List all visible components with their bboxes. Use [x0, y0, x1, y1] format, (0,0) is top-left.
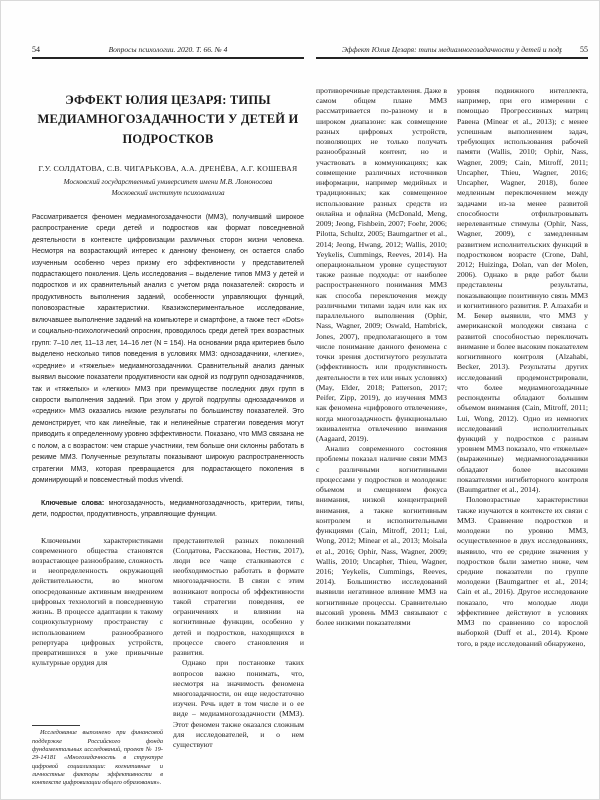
abstract-text: Рассматривается феномен медиамногозадачн… [32, 212, 304, 487]
left-page-column-1: Ключевыми характеристиками современного … [32, 536, 163, 788]
footnote-block: Исследование выполнено при финансовой по… [32, 719, 163, 787]
page-right: Эффект Юлия Цезаря: типы медиамногозадач… [316, 1, 588, 793]
running-header-left: 54 Вопросы психологии. 2020. Т. 66. № 4 [32, 45, 304, 59]
body-paragraph: противоречивые представления. Даже в сам… [316, 86, 447, 444]
page-left: 54 Вопросы психологии. 2020. Т. 66. № 4 … [32, 1, 304, 793]
body-paragraph: Половозрастные характеристики также изуч… [457, 495, 588, 649]
journal-spread: 54 Вопросы психологии. 2020. Т. 66. № 4 … [0, 0, 600, 800]
body-paragraph: уровня подвижного интеллекта, например, … [457, 86, 588, 495]
running-header-right: Эффект Юлия Цезаря: типы медиамногозадач… [316, 45, 588, 59]
body-paragraph: Анализ современного состояния проблемы п… [316, 444, 447, 628]
footnote-rule [32, 725, 80, 726]
article-title-line2: МЕДИАМНОГОЗАДАЧНОСТИ У ДЕТЕЙ И ПОДРОСТКО… [32, 110, 304, 149]
right-page-column-1: противоречивые представления. Даже в сам… [316, 86, 447, 778]
affiliation-1: Московский государственный университет и… [32, 177, 304, 188]
keywords-line: Ключевые слова: многозадачность, медиамн… [32, 498, 304, 521]
authors-line: Г.У. СОЛДАТОВА, С.В. ЧИГАРЬКОВА, А.А. ДР… [32, 164, 304, 173]
affiliations: Московский государственный университет и… [32, 177, 304, 199]
body-paragraph: представителей разных поколений (Солдато… [173, 536, 304, 659]
running-head-left: Вопросы психологии. 2020. Т. 66. № 4 [58, 45, 278, 54]
body-paragraph: Однако при постановке таких вопросов важ… [173, 658, 304, 750]
body-columns-right-page: противоречивые представления. Даже в сам… [316, 86, 588, 778]
body-columns-left-page: Ключевыми характеристиками современного … [32, 536, 304, 788]
keywords-label: Ключевые слова: [41, 500, 104, 507]
running-head-right: Эффект Юлия Цезаря: типы медиамногозадач… [342, 45, 562, 54]
body-paragraph: Ключевыми характеристиками современного … [32, 536, 163, 669]
page-number-right: 55 [562, 45, 588, 54]
left-page-column-2: представителей разных поколений (Солдато… [173, 536, 304, 788]
affiliation-2: Московский институт психоанализа [32, 188, 304, 199]
article-title: ЭФФЕКТ ЮЛИЯ ЦЕЗАРЯ: ТИПЫ МЕДИАМНОГОЗАДАЧ… [32, 91, 304, 149]
right-page-column-2: уровня подвижного интеллекта, например, … [457, 86, 588, 778]
page-number-left: 54 [32, 45, 58, 54]
funding-footnote: Исследование выполнено при финансовой по… [32, 729, 163, 787]
article-title-line1: ЭФФЕКТ ЮЛИЯ ЦЕЗАРЯ: ТИПЫ [32, 91, 304, 110]
